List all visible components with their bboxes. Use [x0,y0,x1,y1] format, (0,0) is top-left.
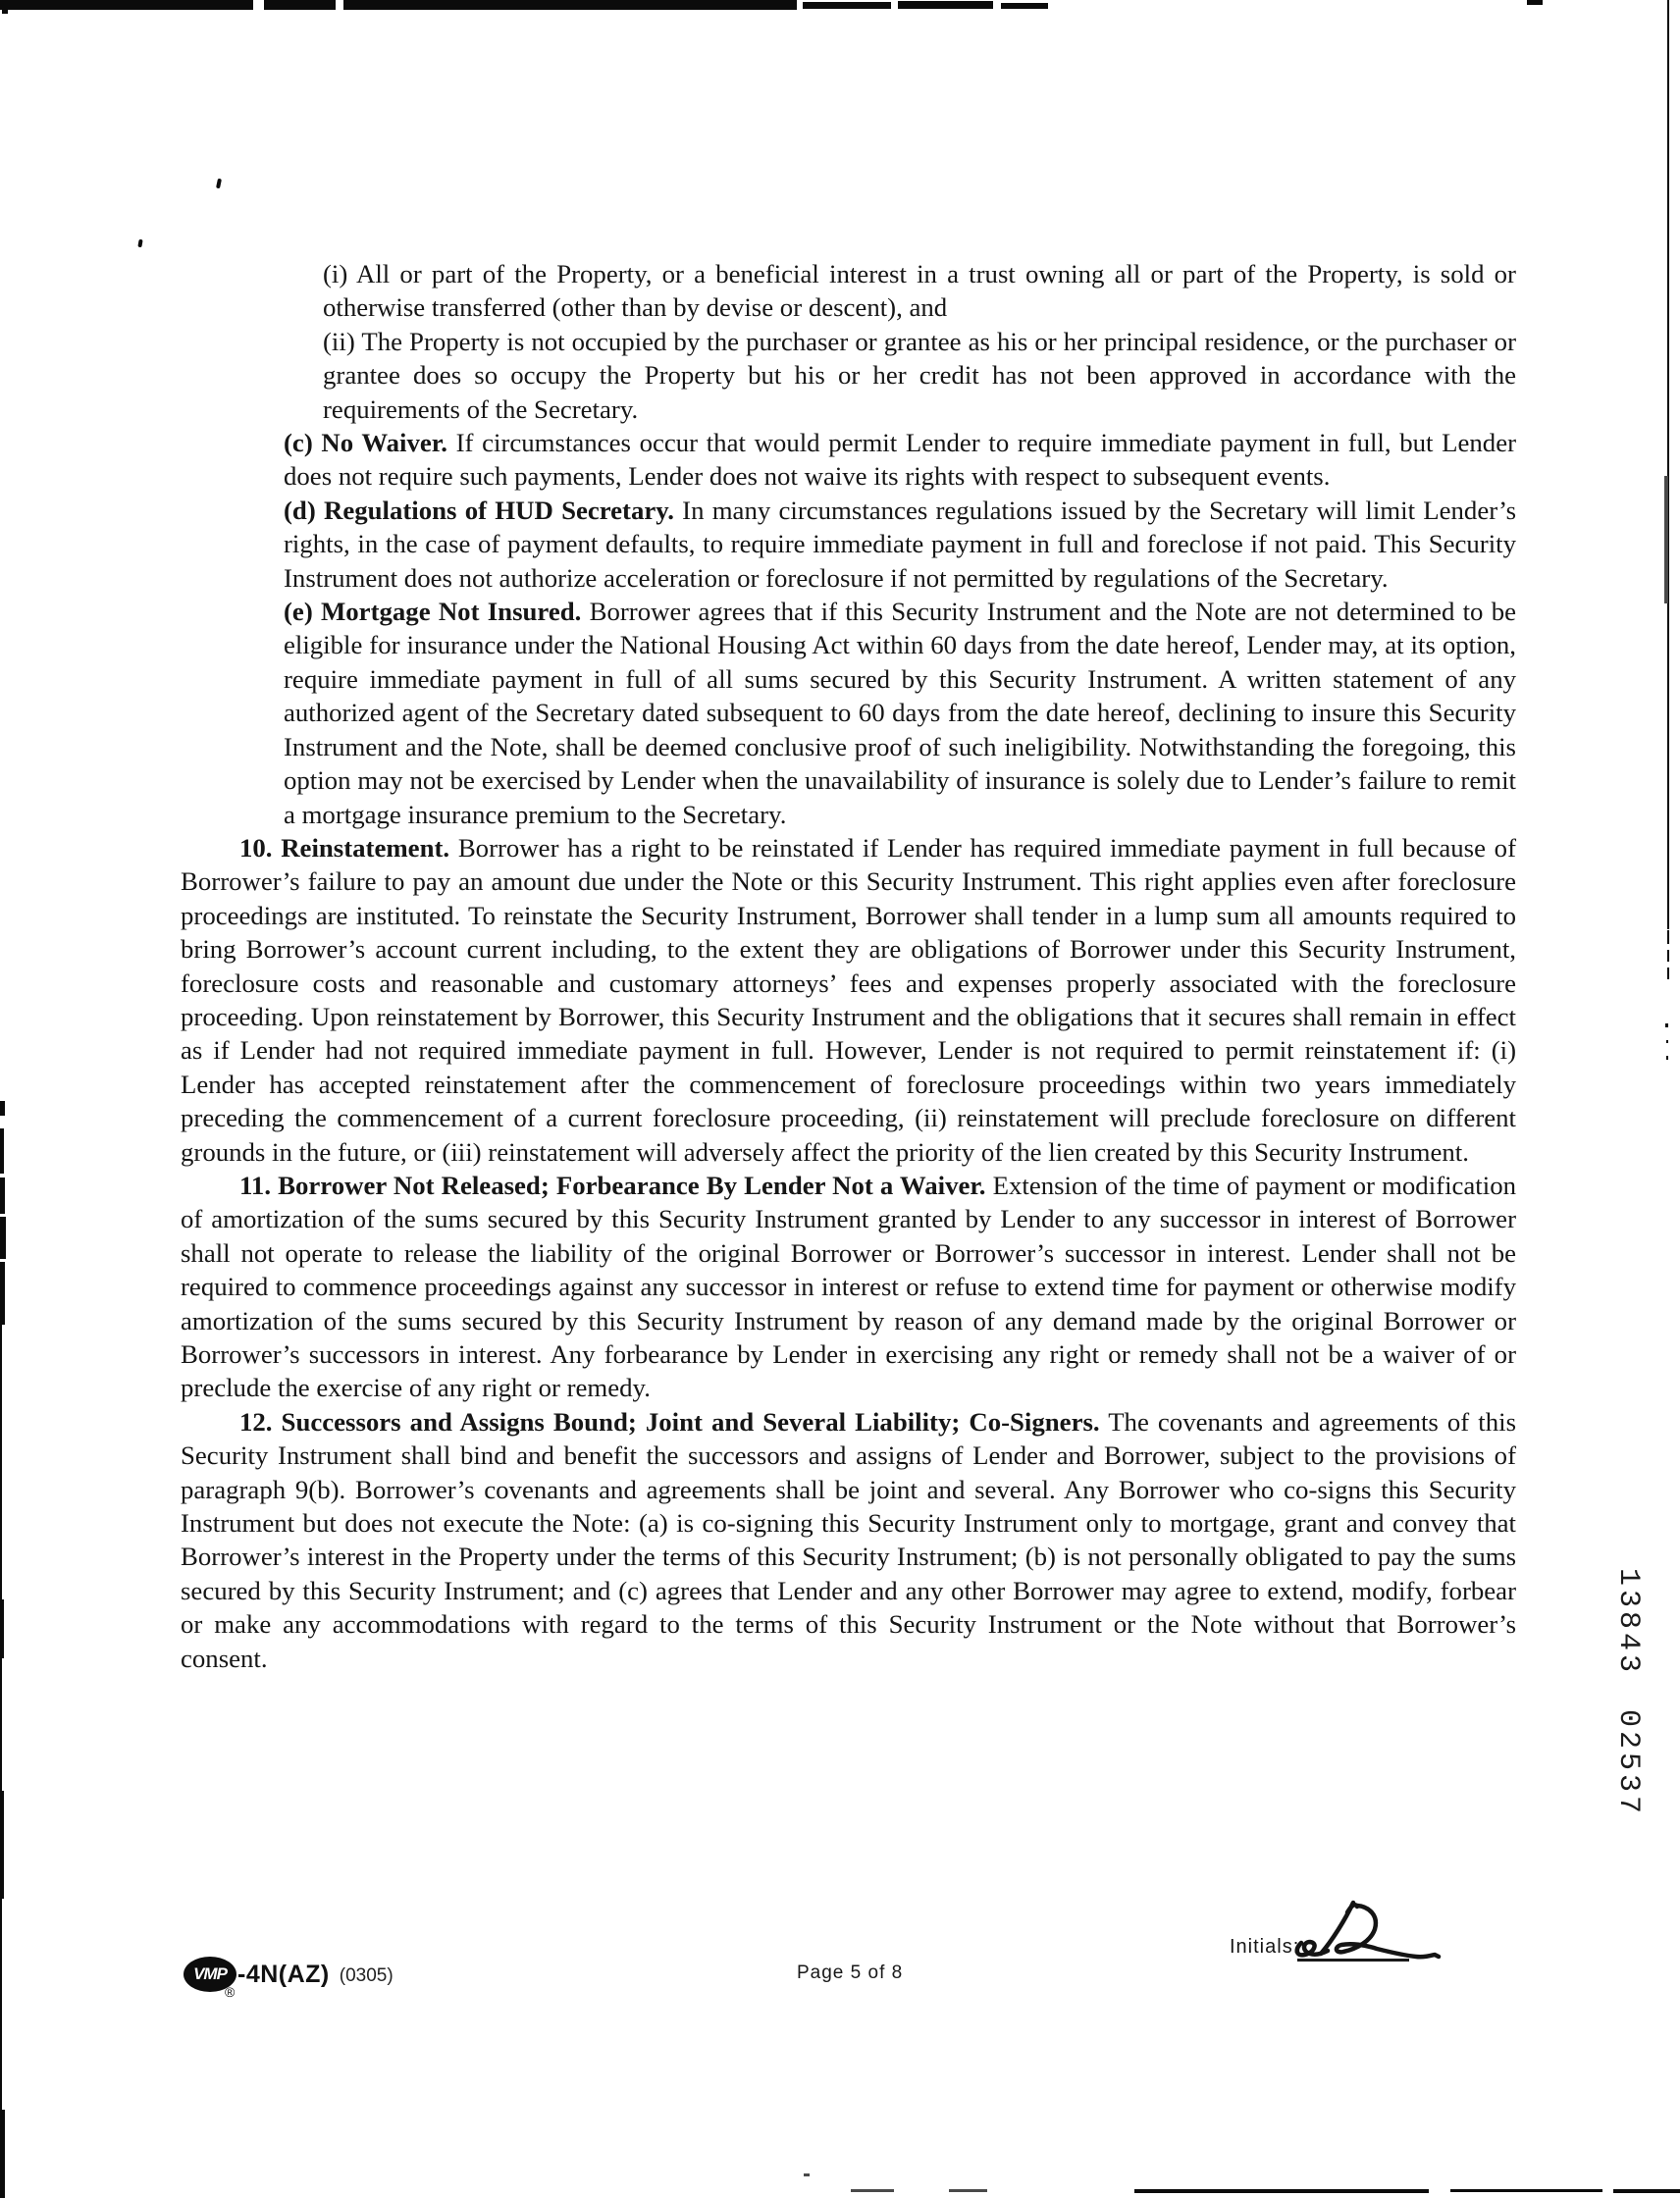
scan-artifact-left-edge [0,1177,5,1214]
scan-artifact-bottom-line [1134,2189,1429,2193]
paragraph-10-heading: 10. Reinstatement. [239,833,449,863]
clause-d: (d) Regulations of HUD Secretary. In man… [284,494,1516,595]
scan-artifact-left-edge [0,1217,6,1259]
scan-artifact-bottom-line [851,2189,894,2192]
scan-speck [137,239,142,248]
form-identifier: VMP -4N(AZ) (0305) [184,1957,394,1992]
scan-artifact-right-edge [1664,476,1668,603]
registered-trademark-symbol: ® [225,1984,235,2000]
scan-artifact-left-edge [0,1262,5,1325]
scanned-document-page: (i) All or part of the Property, or a be… [0,0,1680,2198]
scan-artifact-left-edge [0,1599,4,1658]
clause-c-heading: (c) No Waiver. [284,428,447,457]
scan-artifact-right-edge [1667,930,1669,944]
paragraph-12-successors-assigns: 12. Successors and Assigns Bound; Joint … [181,1405,1516,1675]
scan-artifact-top-bar-notch [336,0,343,10]
clause-i: (i) All or part of the Property, or a be… [323,257,1516,325]
clause-ii: (ii) The Property is not occupied by the… [323,325,1516,426]
paragraph-11-borrower-not-released: 11. Borrower Not Released; Forbearance B… [181,1169,1516,1405]
scan-artifact-top-bar [898,1,993,9]
clause-e-text: Borrower agrees that if this Security In… [284,597,1516,828]
scan-artifact-right-edge [1667,0,1669,929]
scan-artifact-right-edge [1667,968,1669,979]
initials-label: Initials: [1230,1936,1299,1959]
scan-speck-topleft [14,3,19,10]
scan-speck [216,179,222,189]
scan-artifact-top-bar [1001,3,1048,9]
initials-signature [1291,1900,1444,1962]
scan-speck [1665,1023,1668,1027]
scan-artifact-left-edge [0,1325,2,2198]
initials-underline [1297,1959,1409,1962]
document-body: (i) All or part of the Property, or a be… [181,257,1516,1675]
scan-artifact-left-edge [0,2110,5,2198]
scan-artifact-right-edge [1667,950,1669,962]
clause-e: (e) Mortgage Not Insured. Borrower agree… [284,595,1516,831]
clause-e-heading: (e) Mortgage Not Insured. [284,597,581,626]
page-indicator: Page 5 of 8 [797,1962,903,1984]
form-revision: (0305) [340,1965,394,1987]
paragraph-11-text: Extension of the time of payment or modi… [181,1171,1516,1402]
scan-artifact-top-bar [803,2,891,9]
scan-artifact-bottom-line [1613,2189,1680,2193]
scan-speck [1666,1056,1668,1060]
paragraph-12-heading: 12. Successors and Assigns Bound; Joint … [239,1407,1100,1437]
scan-speck [1666,1040,1668,1043]
scan-artifact-left-edge [0,1128,4,1174]
scan-speck [804,2173,810,2176]
recording-number-vertical: 13843 02537 [1611,1568,1645,1817]
clause-d-heading: (d) Regulations of HUD Secretary. [284,496,674,525]
scan-artifact-top-bar [0,0,797,10]
scan-artifact-top-tick [1527,0,1543,5]
clause-c-text: If circumstances occur that would permit… [284,428,1516,491]
scan-artifact-left-edge [0,1101,5,1116]
paragraph-10-text: Borrower has a right to be reinstated if… [181,833,1516,1167]
form-number: -4N(AZ) [237,1961,330,1989]
scan-artifact-bottom-line [949,2189,987,2192]
scan-speck-topleft [2,2,8,14]
scan-artifact-left-edge [0,1791,4,1899]
paragraph-10-reinstatement: 10. Reinstatement. Borrower has a right … [181,831,1516,1169]
paragraph-12-text: The covenants and agreements of this Sec… [181,1407,1516,1673]
paragraph-11-heading: 11. Borrower Not Released; Forbearance B… [239,1171,986,1200]
clause-c: (c) No Waiver. If circumstances occur th… [284,426,1516,494]
scan-artifact-top-bar-notch [253,0,264,10]
scan-artifact-bottom-line [1450,2189,1602,2192]
vmp-logo-text: VMP [193,1964,227,1984]
